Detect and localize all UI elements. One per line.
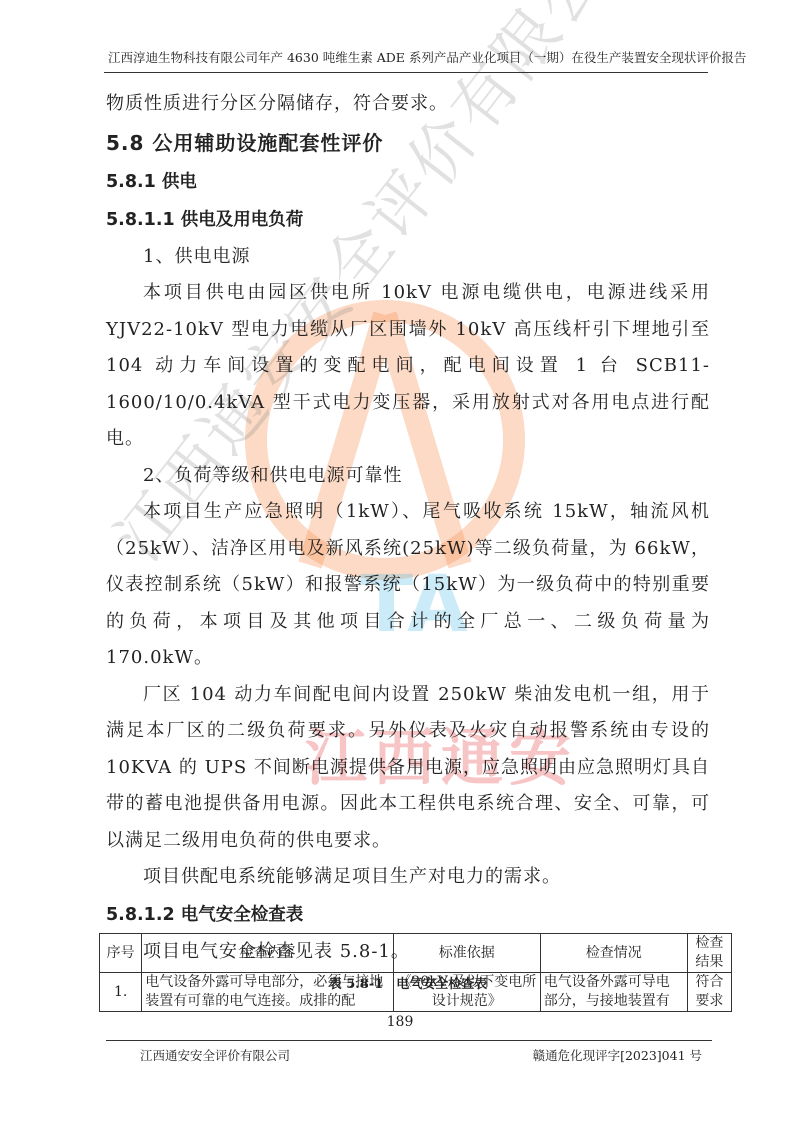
table-row: 1. 电气设备外露可导电部分，必须与接地装置有可靠的电气连接。成排的配 《20k… <box>100 973 732 1012</box>
document-body: 物质性质进行分区分隔储存，符合要求。 5.8 公用辅助设施配套性评价 5.8.1… <box>106 86 710 1002</box>
footer-doc-number: 赣通危化现评字[2023]041 号 <box>533 1046 702 1064</box>
conclusion-paragraph: 项目供配电系统能够满足项目生产对电力的需求。 <box>106 859 710 896</box>
header-no: 序号 <box>100 934 142 973</box>
item2-title: 2、负荷等级和供电电源可靠性 <box>106 458 710 495</box>
load-level-paragraph: 本项目生产应急照明（1kW）、尾气吸收系统 15kW，轴流风机（25kW）、洁净… <box>106 494 710 677</box>
generator-paragraph: 厂区 104 动力车间配电间内设置 250kW 柴油发电机一组，用于满足本厂区的… <box>106 677 710 860</box>
header-status: 检查情况 <box>540 934 687 973</box>
header-divider <box>104 72 708 73</box>
table-header-row: 序号 检查内容 标准依据 检查情况 检查结果 <box>100 934 732 973</box>
running-header: 江西淳迪生物科技有限公司年产 4630 吨维生素 ADE 系列产品产业化项目（一… <box>108 48 708 66</box>
header-basis: 标准依据 <box>393 934 540 973</box>
section-heading-5-8-1-2: 5.8.1.2 电气安全检查表 <box>106 896 710 934</box>
cell-no: 1. <box>100 973 142 1012</box>
electrical-safety-checklist-table: 序号 检查内容 标准依据 检查情况 检查结果 1. 电气设备外露可导电部分，必须… <box>99 933 732 1012</box>
cell-status: 电气设备外露可导电部分，与接地装置有 <box>540 973 687 1012</box>
page-number: 189 <box>0 1014 800 1030</box>
section-heading-5-8: 5.8 公用辅助设施配套性评价 <box>106 123 710 163</box>
cell-basis: 《20kV 及以下变电所设计规范》 <box>393 973 540 1012</box>
cell-result: 符合要求 <box>687 973 731 1012</box>
header-content: 检查内容 <box>142 934 394 973</box>
section-heading-5-8-1: 5.8.1 供电 <box>106 163 710 201</box>
footer-divider <box>106 1040 712 1041</box>
header-result: 检查结果 <box>687 934 731 973</box>
power-source-paragraph: 本项目供电由园区供电所 10kV 电源电缆供电，电源进线采用 YJV22-10k… <box>106 275 710 458</box>
continuation-paragraph: 物质性质进行分区分隔储存，符合要求。 <box>106 86 710 123</box>
footer-company: 江西通安安全评价有限公司 <box>140 1046 290 1064</box>
cell-content: 电气设备外露可导电部分，必须与接地装置有可靠的电气连接。成排的配 <box>142 973 394 1012</box>
item1-title: 1、供电电源 <box>106 239 710 276</box>
section-heading-5-8-1-1: 5.8.1.1 供电及用电负荷 <box>106 201 710 239</box>
